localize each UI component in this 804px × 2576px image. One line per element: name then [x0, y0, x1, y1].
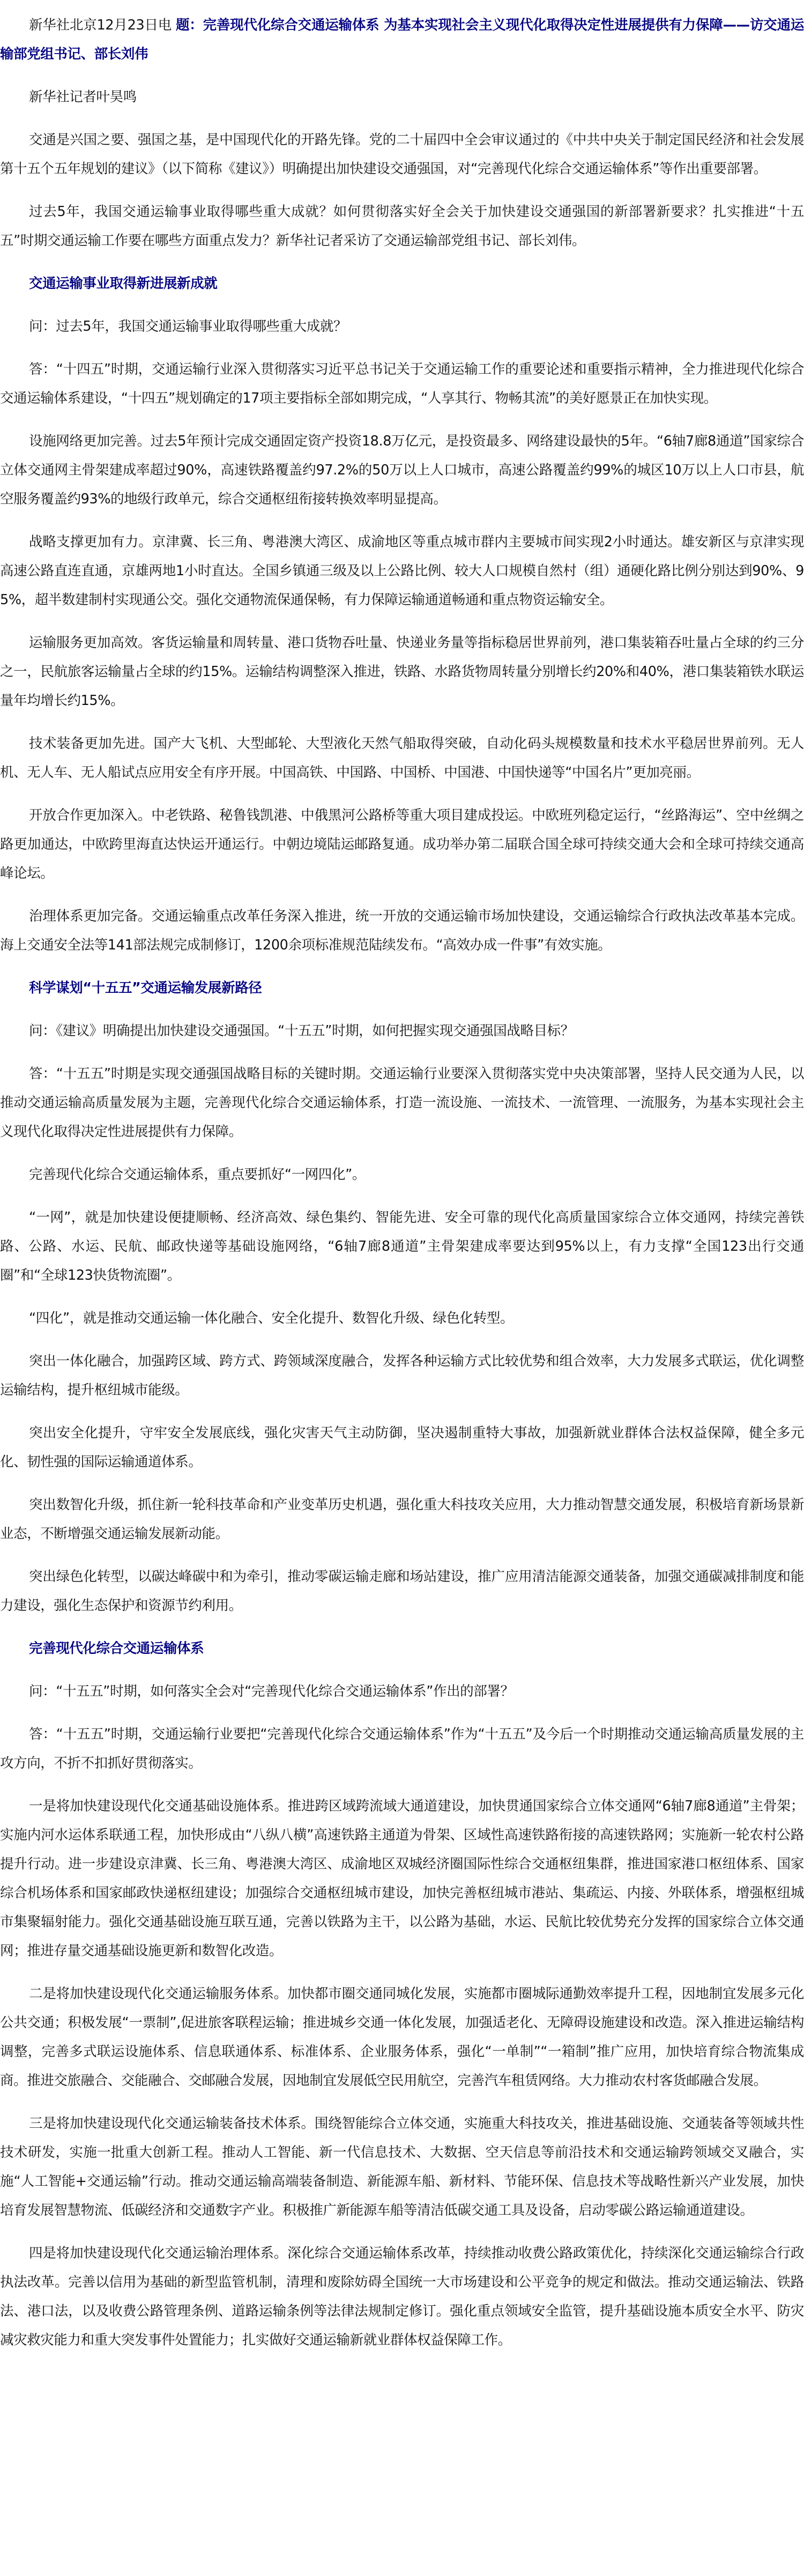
body-paragraph: 突出安全化提升，守牢安全发展底线，强化灾害天气主动防御，坚决遏制重特大事故，加强…	[0, 1419, 804, 1476]
body-paragraph: 突出一体化融合，加强跨区域、跨方式、跨领域深度融合，发挥各种运输方式比较优势和组…	[0, 1347, 804, 1405]
section-heading: 交通运输事业取得新进展新成就	[0, 269, 804, 298]
article-dateline-headline: 新华社北京12月23日电 题：完善现代化综合交通运输体系 为基本实现社会主义现代…	[0, 11, 804, 69]
intro-paragraph: 交通是兴国之要、强国之基，是中国现代化的开路先锋。党的二十届四中全会审议通过的《…	[0, 125, 804, 183]
body-paragraph: 战略支撑更加有力。京津冀、长三角、粤港澳大湾区、成渝地区等重点城市群内主要城市间…	[0, 528, 804, 614]
body-paragraph: “一网”，就是加快建设便捷顺畅、经济高效、绿色集约、智能先进、安全可靠的现代化高…	[0, 1203, 804, 1290]
body-paragraph: 开放合作更加深入。中老铁路、秘鲁钱凯港、中俄黑河公路桥等重大项目建成投运。中欧班…	[0, 801, 804, 888]
answer-paragraph: 答：“十五五”时期是实现交通强国战略目标的关键时期。交通运输行业要深入贯彻落实党…	[0, 1059, 804, 1146]
body-paragraph: 设施网络更加完善。过去5年预计完成交通固定资产投资18.8万亿元，是投资最多、网…	[0, 427, 804, 514]
answer-paragraph: 答：“十五五”时期，交通运输行业要把“完善现代化综合交通运输体系”作为“十五五”…	[0, 1720, 804, 1778]
answer-paragraph: 答：“十四五”时期，交通运输行业深入贯彻落实习近平总书记关于交通运输工作的重要论…	[0, 355, 804, 413]
body-paragraph: 四是将加快建设现代化交通运输治理体系。深化综合交通运输体系改革，持续推动收费公路…	[0, 2239, 804, 2355]
body-paragraph: 完善现代化综合交通运输体系，重点要抓好“一网四化”。	[0, 1160, 804, 1189]
body-paragraph: 突出绿色化转型，以碳达峰碳中和为牵引，推动零碳运输走廊和场站建设，推广应用清洁能…	[0, 1562, 804, 1620]
section-heading: 完善现代化综合交通运输体系	[0, 1634, 804, 1663]
question-paragraph: 问：过去5年，我国交通运输事业取得哪些重大成就？	[0, 312, 804, 341]
article-body: 新华社北京12月23日电 题：完善现代化综合交通运输体系 为基本实现社会主义现代…	[0, 0, 804, 2384]
body-paragraph: 三是将加快建设现代化交通运输装备技术体系。围绕智能综合立体交通，实施重大科技攻关…	[0, 2109, 804, 2225]
question-paragraph: 问：《建议》明确提出加快建设交通强国。“十五五”时期，如何把握实现交通强国战略目…	[0, 1016, 804, 1045]
dateline: 新华社北京12月23日电	[29, 17, 172, 33]
body-paragraph: “四化”，就是推动交通运输一体化融合、安全化提升、数智化升级、绿色化转型。	[0, 1304, 804, 1333]
question-paragraph: 问：“十五五”时期，如何落实全会对“完善现代化综合交通运输体系”作出的部署？	[0, 1677, 804, 1706]
body-paragraph: 突出数智化升级，抓住新一轮科技革命和产业变革历史机遇，强化重大科技攻关应用，大力…	[0, 1490, 804, 1548]
byline: 新华社记者叶昊鸣	[0, 83, 804, 112]
section-heading: 科学谋划“十五五”交通运输发展新路径	[0, 974, 804, 1003]
body-paragraph: 技术装备更加先进。国产大飞机、大型邮轮、大型液化天然气船取得突破，自动化码头规模…	[0, 729, 804, 787]
body-paragraph: 运输服务更加高效。客货运输量和周转量、港口货物吞吐量、快递业务量等指标稳居世界前…	[0, 628, 804, 715]
intro-paragraph: 过去5年，我国交通运输事业取得哪些重大成就？如何贯彻落实好全会关于加快建设交通强…	[0, 197, 804, 255]
body-paragraph: 二是将加快建设现代化交通运输服务体系。加快都市圈交通同城化发展，实施都市圈城际通…	[0, 1979, 804, 2095]
body-paragraph: 治理体系更加完备。交通运输重点改革任务深入推进，统一开放的交通运输市场加快建设，…	[0, 902, 804, 960]
body-paragraph: 一是将加快建设现代化交通基础设施体系。推进跨区域跨流域大通道建设，加快贯通国家综…	[0, 1792, 804, 1965]
